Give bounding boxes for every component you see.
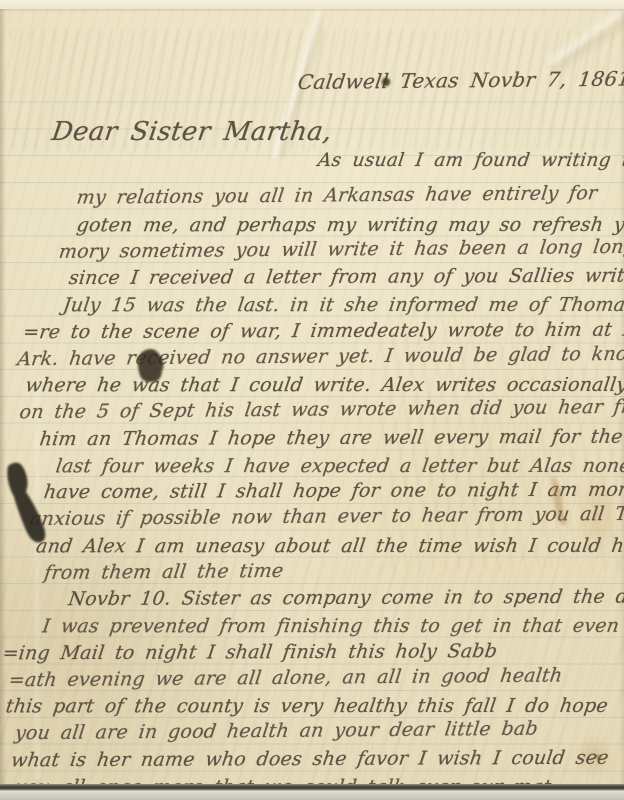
- ink-dot: [382, 78, 390, 86]
- scan-edge-left: [0, 0, 6, 800]
- ink-blots: [0, 0, 624, 800]
- ink-blot-word: [138, 349, 163, 382]
- letter-page: Caldwell Texas Novbr 7, 1861. Dear Siste…: [0, 0, 624, 800]
- ink-blot-large: [7, 463, 45, 543]
- brown-smudge: [552, 476, 567, 525]
- paper-speck: [595, 754, 600, 759]
- scan-edge-bottom: [0, 784, 624, 800]
- scan-edge-right: [619, 0, 624, 800]
- scan-edge-top: [0, 0, 624, 9]
